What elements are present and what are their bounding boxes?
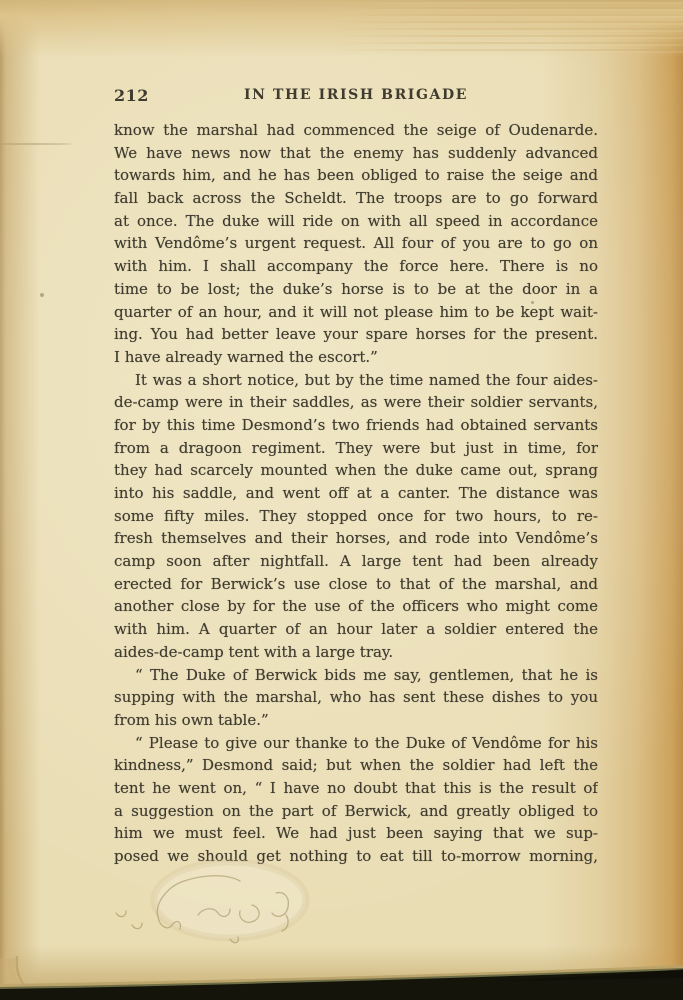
body-text: know the marshal had commenced the seige… bbox=[114, 119, 598, 868]
page-header: 212 IN THE IRISH BRIGADE bbox=[114, 86, 598, 106]
text-line: We have news now that the enemy has sudd… bbox=[114, 142, 598, 165]
text-line: time to be lost; the duke’s horse is to … bbox=[114, 278, 598, 301]
text-line: him we must feel. We had just been sayin… bbox=[114, 822, 598, 845]
paper-speck bbox=[40, 293, 44, 297]
text-line: with Vendôme’s urgent request. All four … bbox=[114, 232, 598, 255]
paper-crease bbox=[0, 143, 72, 145]
text-line: I have already warned the escort.” bbox=[114, 346, 598, 369]
text-line: aides-de-camp tent with a large tray. bbox=[114, 641, 598, 664]
text-line: It was a short notice, but by the time n… bbox=[114, 369, 598, 392]
text-line: camp soon after nightfall. A large tent … bbox=[114, 550, 598, 573]
text-line: with him. A quarter of an hour later a s… bbox=[114, 618, 598, 641]
text-line: erected for Berwick’s use close to that … bbox=[114, 573, 598, 596]
text-line: from a dragoon regiment. They were but j… bbox=[114, 437, 598, 460]
book-bottom-edge bbox=[0, 948, 683, 1000]
text-line: towards him, and he has been obliged to … bbox=[114, 164, 598, 187]
running-title: IN THE IRISH BRIGADE bbox=[114, 86, 598, 103]
text-line: supping with the marshal, who has sent t… bbox=[114, 686, 598, 709]
text-line: “ Please to give our thanke to the Duke … bbox=[114, 732, 598, 755]
text-line: kindness,” Desmond said; but when the so… bbox=[114, 754, 598, 777]
text-line: quarter of an hour, and it will not plea… bbox=[114, 301, 598, 324]
text-line: with him. I shall accompany the force he… bbox=[114, 255, 598, 278]
text-line: “ The Duke of Berwick bids me say, gentl… bbox=[114, 664, 598, 687]
text-line: fall back across the Scheldt. The troops… bbox=[114, 187, 598, 210]
text-line: ing. You had better leave your spare hor… bbox=[114, 323, 598, 346]
text-line: another close by for the use of the offi… bbox=[114, 595, 598, 618]
text-line: tent he went on, “ I have no doubt that … bbox=[114, 777, 598, 800]
text-line: for by this time Desmond’s two friends h… bbox=[114, 414, 598, 437]
text-line: into his saddle, and went off at a cante… bbox=[114, 482, 598, 505]
text-line: de-camp were in their saddles, as were t… bbox=[114, 391, 598, 414]
scanned-book-page: 212 IN THE IRISH BRIGADE know the marsha… bbox=[0, 0, 683, 1000]
text-line: fresh themselves and their horses, and r… bbox=[114, 527, 598, 550]
text-line: they had scarcely mounted when the duke … bbox=[114, 459, 598, 482]
text-line: from his own table.” bbox=[114, 709, 598, 732]
text-line: some fifty miles. They stopped once for … bbox=[114, 505, 598, 528]
paper-speck bbox=[531, 301, 534, 304]
text-line: a suggestion on the part of Berwick, and… bbox=[114, 800, 598, 823]
text-line: know the marshal had commenced the seige… bbox=[114, 119, 598, 142]
text-line: at once. The duke will ride on with all … bbox=[114, 210, 598, 233]
page-number: 212 bbox=[114, 86, 149, 105]
scan-streak-texture bbox=[330, 0, 683, 55]
